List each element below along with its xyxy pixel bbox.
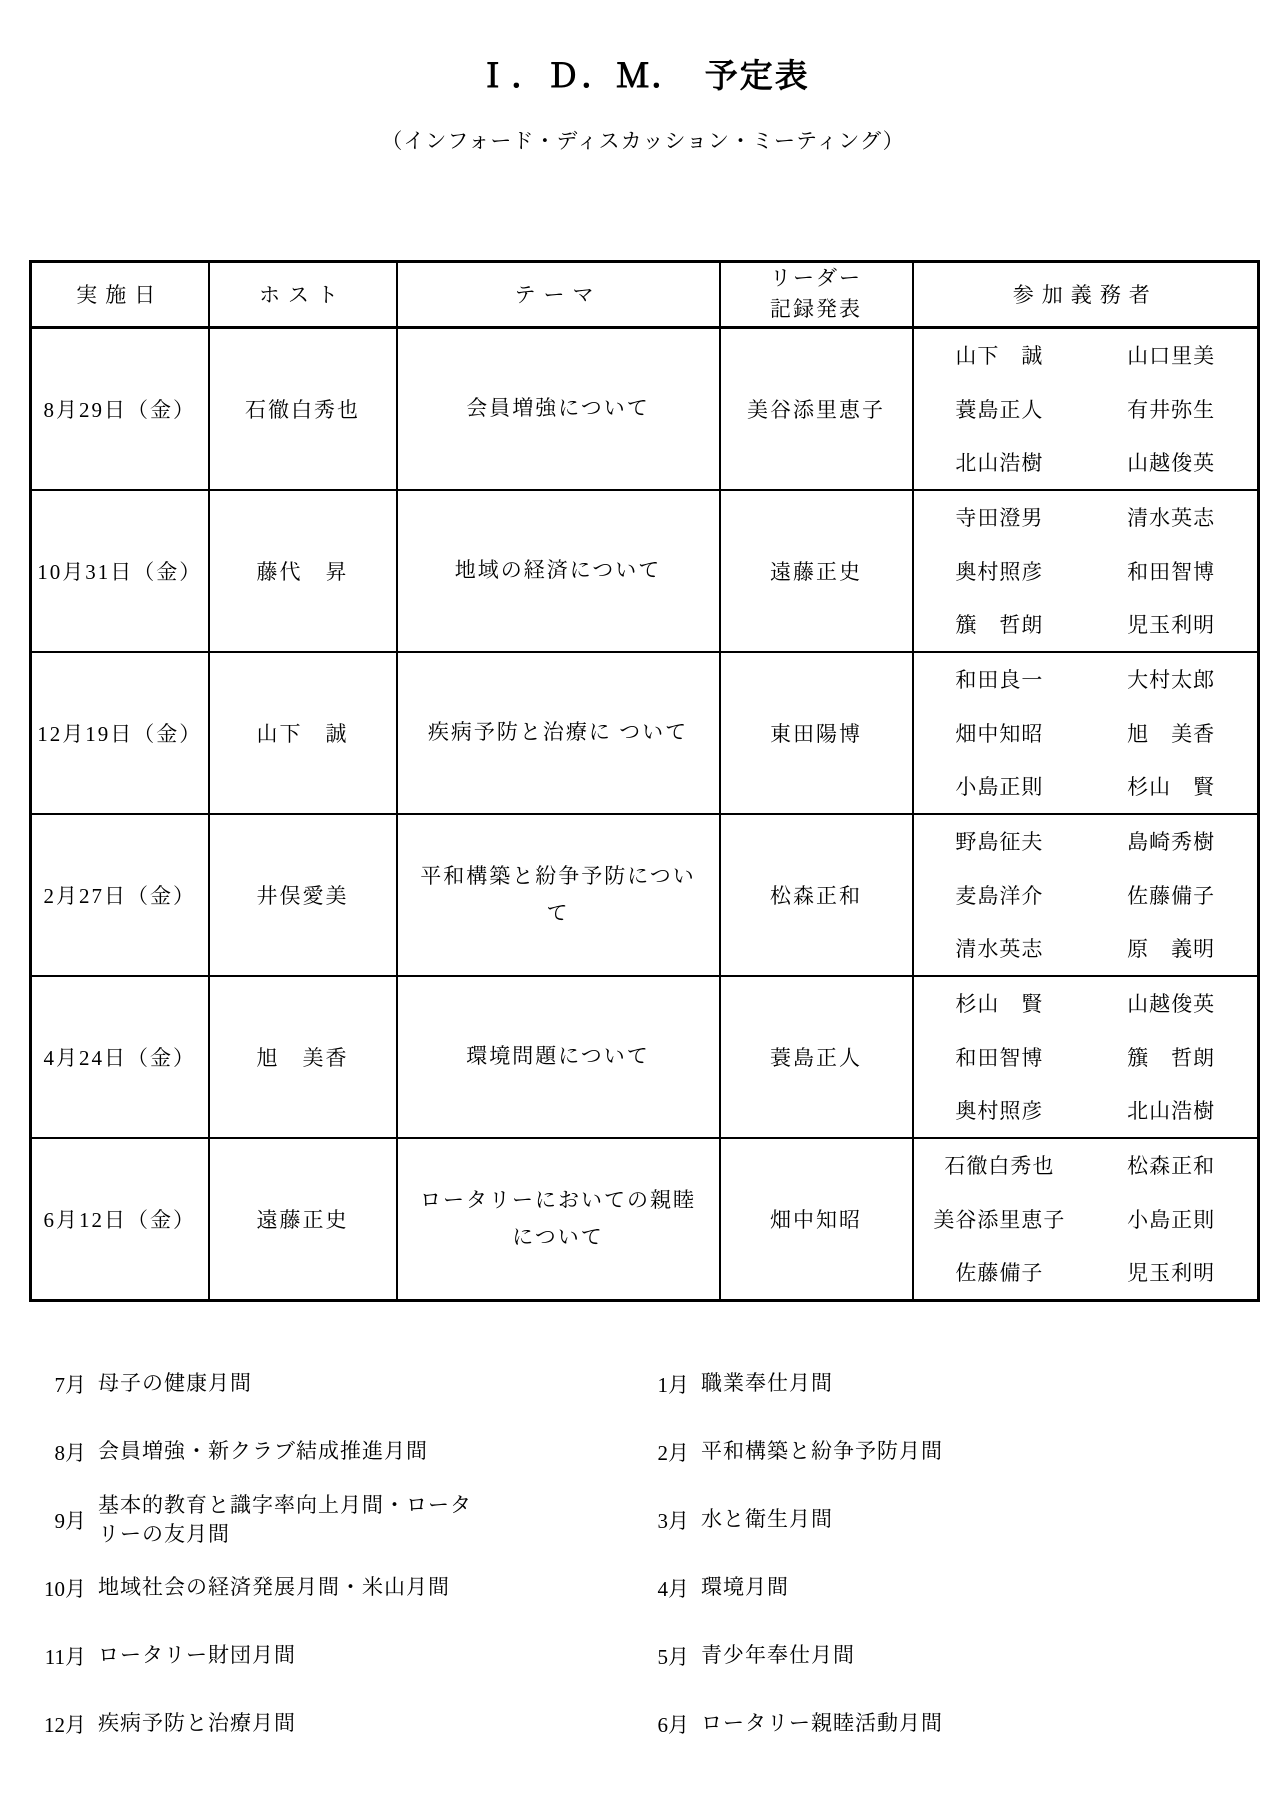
header-host: ホスト <box>209 261 397 327</box>
date-cell: 8月29日（金） <box>31 327 209 490</box>
month-label: 8月 <box>30 1437 86 1467</box>
month-label: 7月 <box>30 1369 86 1399</box>
participants-cell: 石徹白秀也 松森正和 美谷添里恵子 小島正則 佐藤備子 児玉利明 <box>913 1138 1259 1301</box>
month-theme: 水と衛生月間 <box>701 1505 833 1533</box>
date-cell: 6月12日（金） <box>31 1138 209 1301</box>
participant-name: 奥村照彦 <box>914 1095 1086 1125</box>
participant-name: 杉山 賢 <box>1085 771 1257 801</box>
month-theme: 地域社会の経済発展月間・米山月間 <box>98 1573 450 1601</box>
participant-name: 佐藤備子 <box>1085 880 1257 910</box>
list-item: 1月 職業奉仕月間 <box>645 1350 1265 1418</box>
participant-name: 山口里美 <box>1085 340 1257 370</box>
participants-cell: 山下 誠 山口里美 蓑島正人 有井弥生 北山浩樹 山越俊英 <box>913 327 1259 490</box>
participant-name: 松森正和 <box>1085 1150 1257 1180</box>
month-theme: 疾病予防と治療月間 <box>98 1709 296 1737</box>
month-label: 12月 <box>30 1709 86 1739</box>
list-item: 10月 地域社会の経済発展月間・米山月間 <box>30 1554 622 1622</box>
participants-cell: 寺田澄男 清水英志 奥村照彦 和田智博 籏 哲朗 児玉利明 <box>913 490 1259 652</box>
host-cell: 遠藤正史 <box>209 1138 397 1301</box>
participant-name: 児玉利明 <box>1085 609 1257 639</box>
participant-name: 蓑島正人 <box>914 394 1086 424</box>
month-label: 11月 <box>30 1641 86 1671</box>
participant-name: 山越俊英 <box>1085 988 1257 1018</box>
theme-cell: 平和構築と紛争予防につい て <box>397 814 720 976</box>
participants-grid: 石徹白秀也 松森正和 美谷添里恵子 小島正則 佐藤備子 児玉利明 <box>914 1139 1258 1299</box>
leader-cell: 美谷添里恵子 <box>720 327 913 490</box>
list-item: 6月 ロータリー親睦活動月間 <box>645 1690 1265 1758</box>
participant-name: 有井弥生 <box>1085 394 1257 424</box>
leader-cell: 畑中知昭 <box>720 1138 913 1301</box>
participant-name: 小島正則 <box>914 771 1086 801</box>
header-participants: 参加義務者 <box>913 261 1259 327</box>
page-title: Ｉ．Ｄ．Ｍ． 予定表 <box>0 55 1286 100</box>
participant-name: 原 義明 <box>1085 933 1257 963</box>
leader-cell: 蓑島正人 <box>720 976 913 1138</box>
month-theme: ロータリー親睦活動月間 <box>701 1709 943 1737</box>
month-theme: 青少年奉仕月間 <box>701 1641 855 1669</box>
table-row: 8月29日（金） 石徹白秀也 会員増強について 美谷添里恵子 山下 誠 山口里美… <box>31 327 1259 490</box>
host-cell: 井俣愛美 <box>209 814 397 976</box>
monthly-themes-right-column: 1月 職業奉仕月間 2月 平和構築と紛争予防月間 3月 水と衛生月間 4月 環境… <box>645 1350 1265 1758</box>
participants-grid: 杉山 賢 山越俊英 和田智博 籏 哲朗 奥村照彦 北山浩樹 <box>914 977 1258 1137</box>
list-item: 8月 会員増強・新クラブ結成推進月間 <box>30 1418 622 1486</box>
list-item: 4月 環境月間 <box>645 1554 1265 1622</box>
leader-cell: 松森正和 <box>720 814 913 976</box>
month-label: 3月 <box>645 1505 689 1535</box>
document-page: Ｉ．Ｄ．Ｍ． 予定表 （インフォード・ディスカッション・ミーティング） 実施日 … <box>0 0 1286 1806</box>
participant-name: 美谷添里恵子 <box>914 1204 1086 1234</box>
theme-cell: 疾病予防と治療に ついて <box>397 652 720 814</box>
participant-name: 山越俊英 <box>1085 447 1257 477</box>
month-label: 2月 <box>645 1437 689 1467</box>
monthly-themes-left-column: 7月 母子の健康月間 8月 会員増強・新クラブ結成推進月間 9月 基本的教育と識… <box>30 1350 622 1758</box>
month-theme: ロータリー財団月間 <box>98 1641 296 1669</box>
leader-cell: 遠藤正史 <box>720 490 913 652</box>
participant-name: 児玉利明 <box>1085 1257 1257 1287</box>
participant-name: 寺田澄男 <box>914 502 1086 532</box>
date-cell: 10月31日（金） <box>31 490 209 652</box>
participant-name: 麦島洋介 <box>914 880 1086 910</box>
date-cell: 12月19日（金） <box>31 652 209 814</box>
header-theme: テーマ <box>397 261 720 327</box>
participant-name: 小島正則 <box>1085 1204 1257 1234</box>
idm-schedule-table: 実施日 ホスト テーマ リーダー 記録発表 参加義務者 8月29日（金） 石徹白… <box>29 260 1260 1302</box>
participant-name: 北山浩樹 <box>1085 1095 1257 1125</box>
theme-cell: 環境問題について <box>397 976 720 1138</box>
table-row: 10月31日（金） 藤代 昇 地域の経済について 遠藤正史 寺田澄男 清水英志 … <box>31 490 1259 652</box>
month-theme: 母子の健康月間 <box>98 1369 252 1397</box>
date-cell: 4月24日（金） <box>31 976 209 1138</box>
participant-name: 和田良一 <box>914 664 1086 694</box>
month-label: 6月 <box>645 1709 689 1739</box>
date-cell: 2月27日（金） <box>31 814 209 976</box>
participant-name: 奥村照彦 <box>914 556 1086 586</box>
participant-name: 山下 誠 <box>914 340 1086 370</box>
table-row: 12月19日（金） 山下 誠 疾病予防と治療に ついて 東田陽博 和田良一 大村… <box>31 652 1259 814</box>
list-item: 11月 ロータリー財団月間 <box>30 1622 622 1690</box>
participant-name: 籏 哲朗 <box>1085 1042 1257 1072</box>
month-label: 5月 <box>645 1641 689 1671</box>
participants-cell: 野島征夫 島崎秀樹 麦島洋介 佐藤備子 清水英志 原 義明 <box>913 814 1259 976</box>
month-label: 10月 <box>30 1573 86 1603</box>
header-date: 実施日 <box>31 261 209 327</box>
table-row: 4月24日（金） 旭 美香 環境問題について 蓑島正人 杉山 賢 山越俊英 和田… <box>31 976 1259 1138</box>
participant-name: 清水英志 <box>1085 502 1257 532</box>
month-theme: 職業奉仕月間 <box>701 1369 833 1397</box>
participants-cell: 和田良一 大村太郎 畑中知昭 旭 美香 小島正則 杉山 賢 <box>913 652 1259 814</box>
list-item: 12月 疾病予防と治療月間 <box>30 1690 622 1758</box>
table-row: 2月27日（金） 井俣愛美 平和構築と紛争予防につい て 松森正和 野島征夫 島… <box>31 814 1259 976</box>
month-label: 4月 <box>645 1573 689 1603</box>
participants-cell: 杉山 賢 山越俊英 和田智博 籏 哲朗 奥村照彦 北山浩樹 <box>913 976 1259 1138</box>
participant-name: 清水英志 <box>914 933 1086 963</box>
participant-name: 旭 美香 <box>1085 718 1257 748</box>
monthly-themes-section: 7月 母子の健康月間 8月 会員増強・新クラブ結成推進月間 9月 基本的教育と識… <box>30 1350 1286 1758</box>
list-item: 3月 水と衛生月間 <box>645 1486 1265 1554</box>
participant-name: 和田智博 <box>914 1042 1086 1072</box>
theme-cell: 会員増強について <box>397 327 720 490</box>
list-item: 2月 平和構築と紛争予防月間 <box>645 1418 1265 1486</box>
month-theme: 基本的教育と識字率向上月間・ロータ リーの友月間 <box>98 1491 472 1548</box>
table-row: 6月12日（金） 遠藤正史 ロータリーにおいての親睦 について 畑中知昭 石徹白… <box>31 1138 1259 1301</box>
participant-name: 北山浩樹 <box>914 447 1086 477</box>
participant-name: 和田智博 <box>1085 556 1257 586</box>
host-cell: 石徹白秀也 <box>209 327 397 490</box>
month-label: 1月 <box>645 1369 689 1399</box>
header-leader: リーダー 記録発表 <box>720 261 913 327</box>
page-subtitle: （インフォード・ディスカッション・ミーティング） <box>0 127 1286 156</box>
month-theme: 会員増強・新クラブ結成推進月間 <box>98 1437 428 1465</box>
participants-grid: 野島征夫 島崎秀樹 麦島洋介 佐藤備子 清水英志 原 義明 <box>914 815 1258 975</box>
month-theme: 環境月間 <box>701 1573 789 1601</box>
list-item: 7月 母子の健康月間 <box>30 1350 622 1418</box>
participants-grid: 山下 誠 山口里美 蓑島正人 有井弥生 北山浩樹 山越俊英 <box>914 329 1258 489</box>
participant-name: 野島征夫 <box>914 826 1086 856</box>
participants-grid: 寺田澄男 清水英志 奥村照彦 和田智博 籏 哲朗 児玉利明 <box>914 491 1258 651</box>
host-cell: 旭 美香 <box>209 976 397 1138</box>
participant-name: 杉山 賢 <box>914 988 1086 1018</box>
list-item: 5月 青少年奉仕月間 <box>645 1622 1265 1690</box>
leader-cell: 東田陽博 <box>720 652 913 814</box>
participant-name: 大村太郎 <box>1085 664 1257 694</box>
participant-name: 石徹白秀也 <box>914 1150 1086 1180</box>
month-theme: 平和構築と紛争予防月間 <box>701 1437 943 1465</box>
table-header-row: 実施日 ホスト テーマ リーダー 記録発表 参加義務者 <box>31 261 1259 327</box>
theme-cell: 地域の経済について <box>397 490 720 652</box>
host-cell: 山下 誠 <box>209 652 397 814</box>
list-item: 9月 基本的教育と識字率向上月間・ロータ リーの友月間 <box>30 1486 622 1554</box>
host-cell: 藤代 昇 <box>209 490 397 652</box>
participants-grid: 和田良一 大村太郎 畑中知昭 旭 美香 小島正則 杉山 賢 <box>914 653 1258 813</box>
participant-name: 籏 哲朗 <box>914 609 1086 639</box>
participant-name: 畑中知昭 <box>914 718 1086 748</box>
participant-name: 佐藤備子 <box>914 1257 1086 1287</box>
theme-cell: ロータリーにおいての親睦 について <box>397 1138 720 1301</box>
participant-name: 島崎秀樹 <box>1085 826 1257 856</box>
month-label: 9月 <box>30 1505 86 1535</box>
